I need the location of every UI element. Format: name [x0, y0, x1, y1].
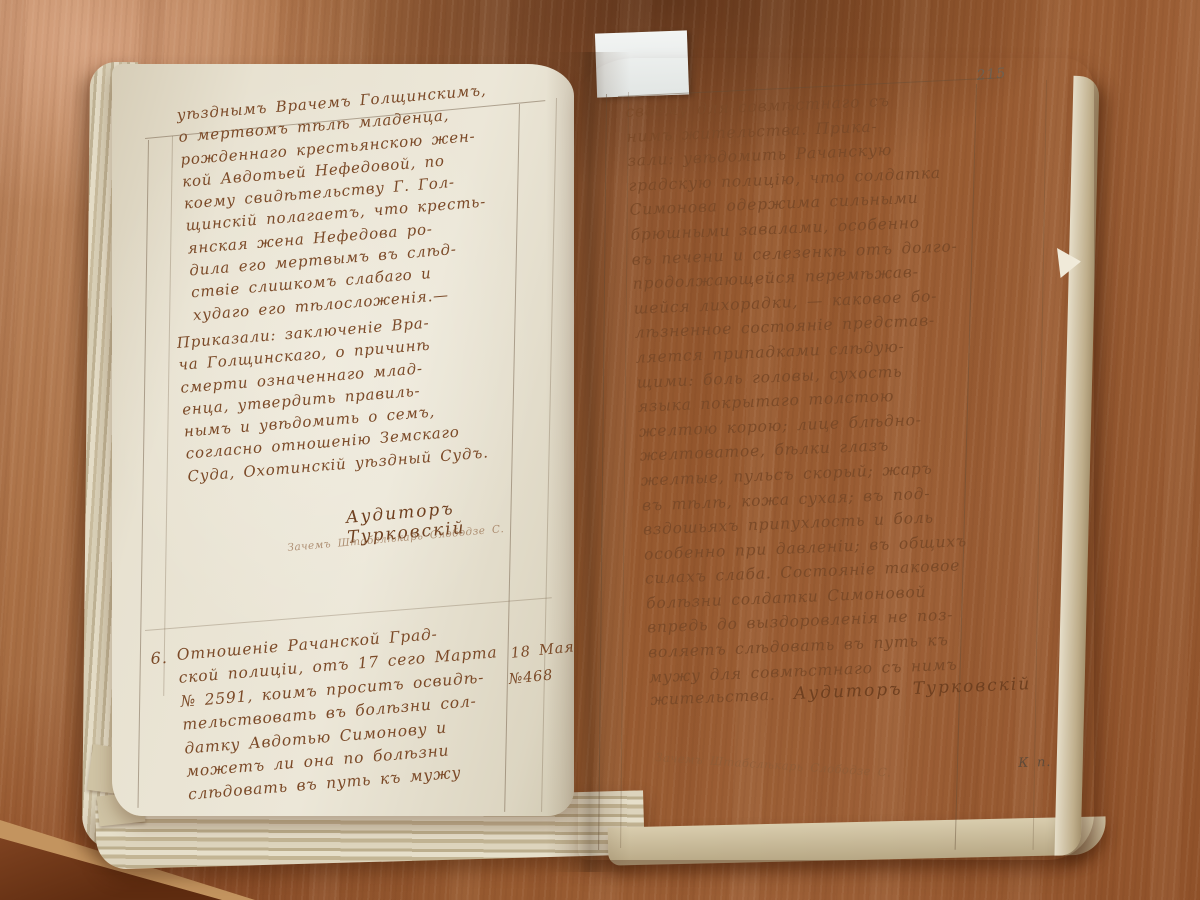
clerk-note: Зачемъ Штабслѣкарь Слободзе С.: [655, 750, 892, 780]
closing-word: жительства.: [650, 683, 776, 713]
left-page: уѣзднымъ Врачемъ Голщинскимъ,о мертвомъ …: [112, 64, 574, 816]
right-page: 215 своему для совмѣстнаго сънимъ житель…: [578, 58, 1094, 860]
left-margin-ruling-outer: [598, 94, 607, 850]
right-margin-ruling-outer: [1033, 80, 1047, 850]
entry-text: Отношеніе Рачанской Град-ской полиціи, о…: [176, 616, 533, 807]
left-margin-ruling-outer: [138, 140, 149, 808]
photo-scene: уѣзднымъ Врачемъ Голщинскимъ,о мертвомъ …: [0, 0, 1200, 900]
entry-number: 6.: [150, 648, 168, 668]
page-number: 215: [976, 65, 1007, 84]
body-text: своему для совмѣстнаго сънимъ жительства…: [625, 85, 1009, 690]
left-margin-ruling-inner: [620, 92, 629, 848]
resolution-text: уѣзднымъ Врачемъ Голщинскимъ,о мертвомъ …: [176, 74, 573, 327]
torn-edge-flap: [1057, 248, 1081, 278]
left-margin-ruling-inner: [163, 136, 173, 696]
manuscript-book: уѣзднымъ Врачемъ Голщинскимъ,о мертвомъ …: [78, 46, 1098, 882]
decision-text: Приказали: заключеніе Вра-ча Голщинскаго…: [176, 302, 567, 488]
entry-margin-number: №468: [508, 667, 554, 688]
margin-mark: К п.: [1018, 755, 1051, 771]
